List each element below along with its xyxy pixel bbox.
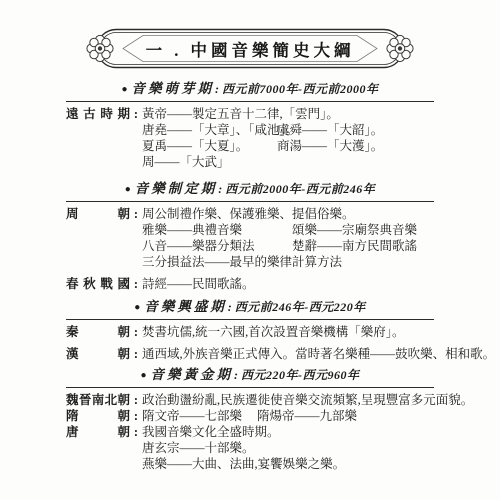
bullet-icon: ● [125, 184, 131, 195]
page-title: 一 . 中國音樂簡史大綱 [83, 28, 417, 68]
section-period: 西元前246年-西元220年 [235, 300, 366, 314]
era-label: 漢朝 [66, 346, 130, 362]
entry-row: 唐朝:我國音樂文化全盛時期。 [66, 424, 434, 440]
section-heading: ●音樂萌芽期:西元前7000年-西元前2000年 [66, 82, 434, 102]
era-label: 隋朝 [66, 408, 130, 424]
entry-text: 黃帝——製定五音十二律,「雲門」。 [142, 106, 339, 122]
entry-text: 周公制禮作樂、保護雅樂、提倡俗樂。 [142, 206, 355, 222]
entry-row: 秦朝:焚書坑儒,統一六國,首次設置音樂機構「樂府」。 [66, 324, 434, 340]
label-colon: : [130, 276, 142, 292]
section-title: 音樂黃金期 [151, 367, 234, 382]
entry-text: 隋煬帝——九部樂 [257, 408, 357, 424]
entry-text: 焚書坑儒,統一六國,首次設置音樂機構「樂府」。 [142, 324, 405, 340]
era-label [66, 138, 130, 154]
era-label: 遠古時期 [66, 106, 130, 122]
section-heading: ●音樂制定期:西元前2000年-西元前246年 [66, 182, 434, 202]
era-label: 唐朝 [66, 424, 130, 440]
label-colon [130, 238, 142, 254]
section-title: 音樂萌芽期 [132, 81, 215, 96]
section-period: 西元前2000年-西元前246年 [225, 182, 375, 196]
entry-text: 三分損益法——最早的樂律計算方法 [142, 254, 342, 270]
bullet-icon: ● [140, 370, 146, 381]
label-colon [130, 440, 142, 456]
entry-row: 雅樂——典禮音樂頌樂——宗廟祭典音樂 [66, 222, 434, 238]
era-label [66, 456, 130, 472]
era-label [66, 222, 130, 238]
section-establishment-period: ●音樂制定期:西元前2000年-西元前246年 周朝:周公制禮作樂、保護雅樂、提… [66, 182, 434, 292]
label-colon [130, 154, 142, 170]
section-sprouting-period: ●音樂萌芽期:西元前7000年-西元前2000年 遠古時期:黃帝——製定五音十二… [66, 82, 434, 170]
entry-row: 唐玄宗——十部樂。 [66, 440, 434, 456]
section-title: 音樂制定期 [135, 181, 218, 196]
entry-text: 雅樂——典禮音樂 [142, 222, 292, 238]
bullet-icon: ● [134, 302, 140, 313]
section-colon: : [228, 300, 232, 314]
section-golden-period: ●音樂黃金期:西元220年-西元960年 魏晉南北朝:政治動盪紛亂,民族遷徙使音… [66, 368, 434, 472]
title-banner: 一 . 中國音樂簡史大綱 [83, 28, 417, 70]
label-colon [130, 122, 142, 138]
era-label: 秦朝 [66, 324, 130, 340]
section-title: 音樂興盛期 [144, 299, 227, 314]
entry-row: 燕樂——大曲、法曲,宴饗娛樂之樂。 [66, 456, 434, 472]
entry-row: 周朝:周公制禮作樂、保護雅樂、提倡俗樂。 [66, 206, 434, 222]
entry-text: 虞舜——「大韶」。 [277, 122, 383, 138]
entry-text: 夏禹——「大夏」。 [142, 138, 277, 154]
entry-row: 隋朝:隋文帝——七部樂隋煬帝——九部樂 [66, 408, 434, 424]
entry-text: 隋文帝——七部樂 [142, 408, 257, 424]
entry-text: 政治動盪紛亂,民族遷徙使音樂交流頻繁,呈現豐富多元面貌。 [142, 392, 473, 408]
label-colon: : [130, 106, 142, 122]
label-colon: : [130, 408, 142, 424]
entry-text: 頌樂——宗廟祭典音樂 [292, 222, 417, 238]
bullet-icon: ● [121, 84, 127, 95]
entry-text: 周——「大武」 [142, 154, 230, 170]
entry-text: 唐玄宗——十部樂。 [142, 440, 255, 456]
section-period: 西元220年-西元960年 [241, 368, 360, 382]
era-label [66, 440, 130, 456]
section-heading: ●音樂黃金期:西元220年-西元960年 [66, 368, 434, 388]
label-colon: : [130, 346, 142, 362]
entry-text: 楚辭——南方民間歌謠 [292, 238, 417, 254]
entry-row: 周——「大武」 [66, 154, 434, 170]
era-label [66, 254, 130, 270]
section-heading: ●音樂興盛期:西元前246年-西元220年 [66, 300, 434, 320]
era-label [66, 238, 130, 254]
entry-row: 三分損益法——最早的樂律計算方法 [66, 254, 434, 270]
label-colon [130, 254, 142, 270]
entry-row: 夏禹——「大夏」。商湯——「大濩」。 [66, 138, 434, 154]
entry-row: 漢朝:通西域,外族音樂正式傳入。當時著名樂種——鼓吹樂、相和歌。 [66, 346, 434, 362]
section-colon: : [234, 368, 238, 382]
era-label: 周朝 [66, 206, 130, 222]
era-label: 春秋戰國 [66, 276, 130, 292]
section-colon: : [218, 182, 222, 196]
entry-row: 唐堯——「大章」、「咸池」。虞舜——「大韶」。 [66, 122, 434, 138]
label-colon [130, 456, 142, 472]
entry-text: 八音——樂器分類法 [142, 238, 292, 254]
label-colon: : [130, 324, 142, 340]
document-page: 一 . 中國音樂簡史大綱 ●音樂萌芽期:西元前7000年-西元前2000年 遠古… [0, 0, 500, 500]
era-label: 魏晉南北朝 [66, 392, 130, 408]
entry-text: 詩經——民間歌謠。 [142, 276, 255, 292]
label-colon: : [130, 392, 142, 408]
era-label [66, 154, 130, 170]
section-flourishing-period: ●音樂興盛期:西元前246年-西元220年 秦朝:焚書坑儒,統一六國,首次設置音… [66, 300, 434, 362]
section-period: 西元前7000年-西元前2000年 [222, 82, 379, 96]
entry-text: 燕樂——大曲、法曲,宴饗娛樂之樂。 [142, 456, 345, 472]
label-colon [130, 138, 142, 154]
label-colon: : [130, 206, 142, 222]
era-label [66, 122, 130, 138]
entry-row: 春秋戰國:詩經——民間歌謠。 [66, 276, 434, 292]
entry-row: 魏晉南北朝:政治動盪紛亂,民族遷徙使音樂交流頻繁,呈現豐富多元面貌。 [66, 392, 434, 408]
entry-text: 唐堯——「大章」、「咸池」。 [142, 122, 277, 138]
label-colon: : [130, 424, 142, 440]
entry-row: 遠古時期:黃帝——製定五音十二律,「雲門」。 [66, 106, 434, 122]
entry-row: 八音——樂器分類法楚辭——南方民間歌謠 [66, 238, 434, 254]
entry-text: 商湯——「大濩」。 [277, 138, 383, 154]
entry-text: 我國音樂文化全盛時期。 [142, 424, 280, 440]
label-colon [130, 222, 142, 238]
section-colon: : [215, 82, 219, 96]
entry-text: 通西域,外族音樂正式傳入。當時著名樂種——鼓吹樂、相和歌。 [142, 346, 495, 362]
